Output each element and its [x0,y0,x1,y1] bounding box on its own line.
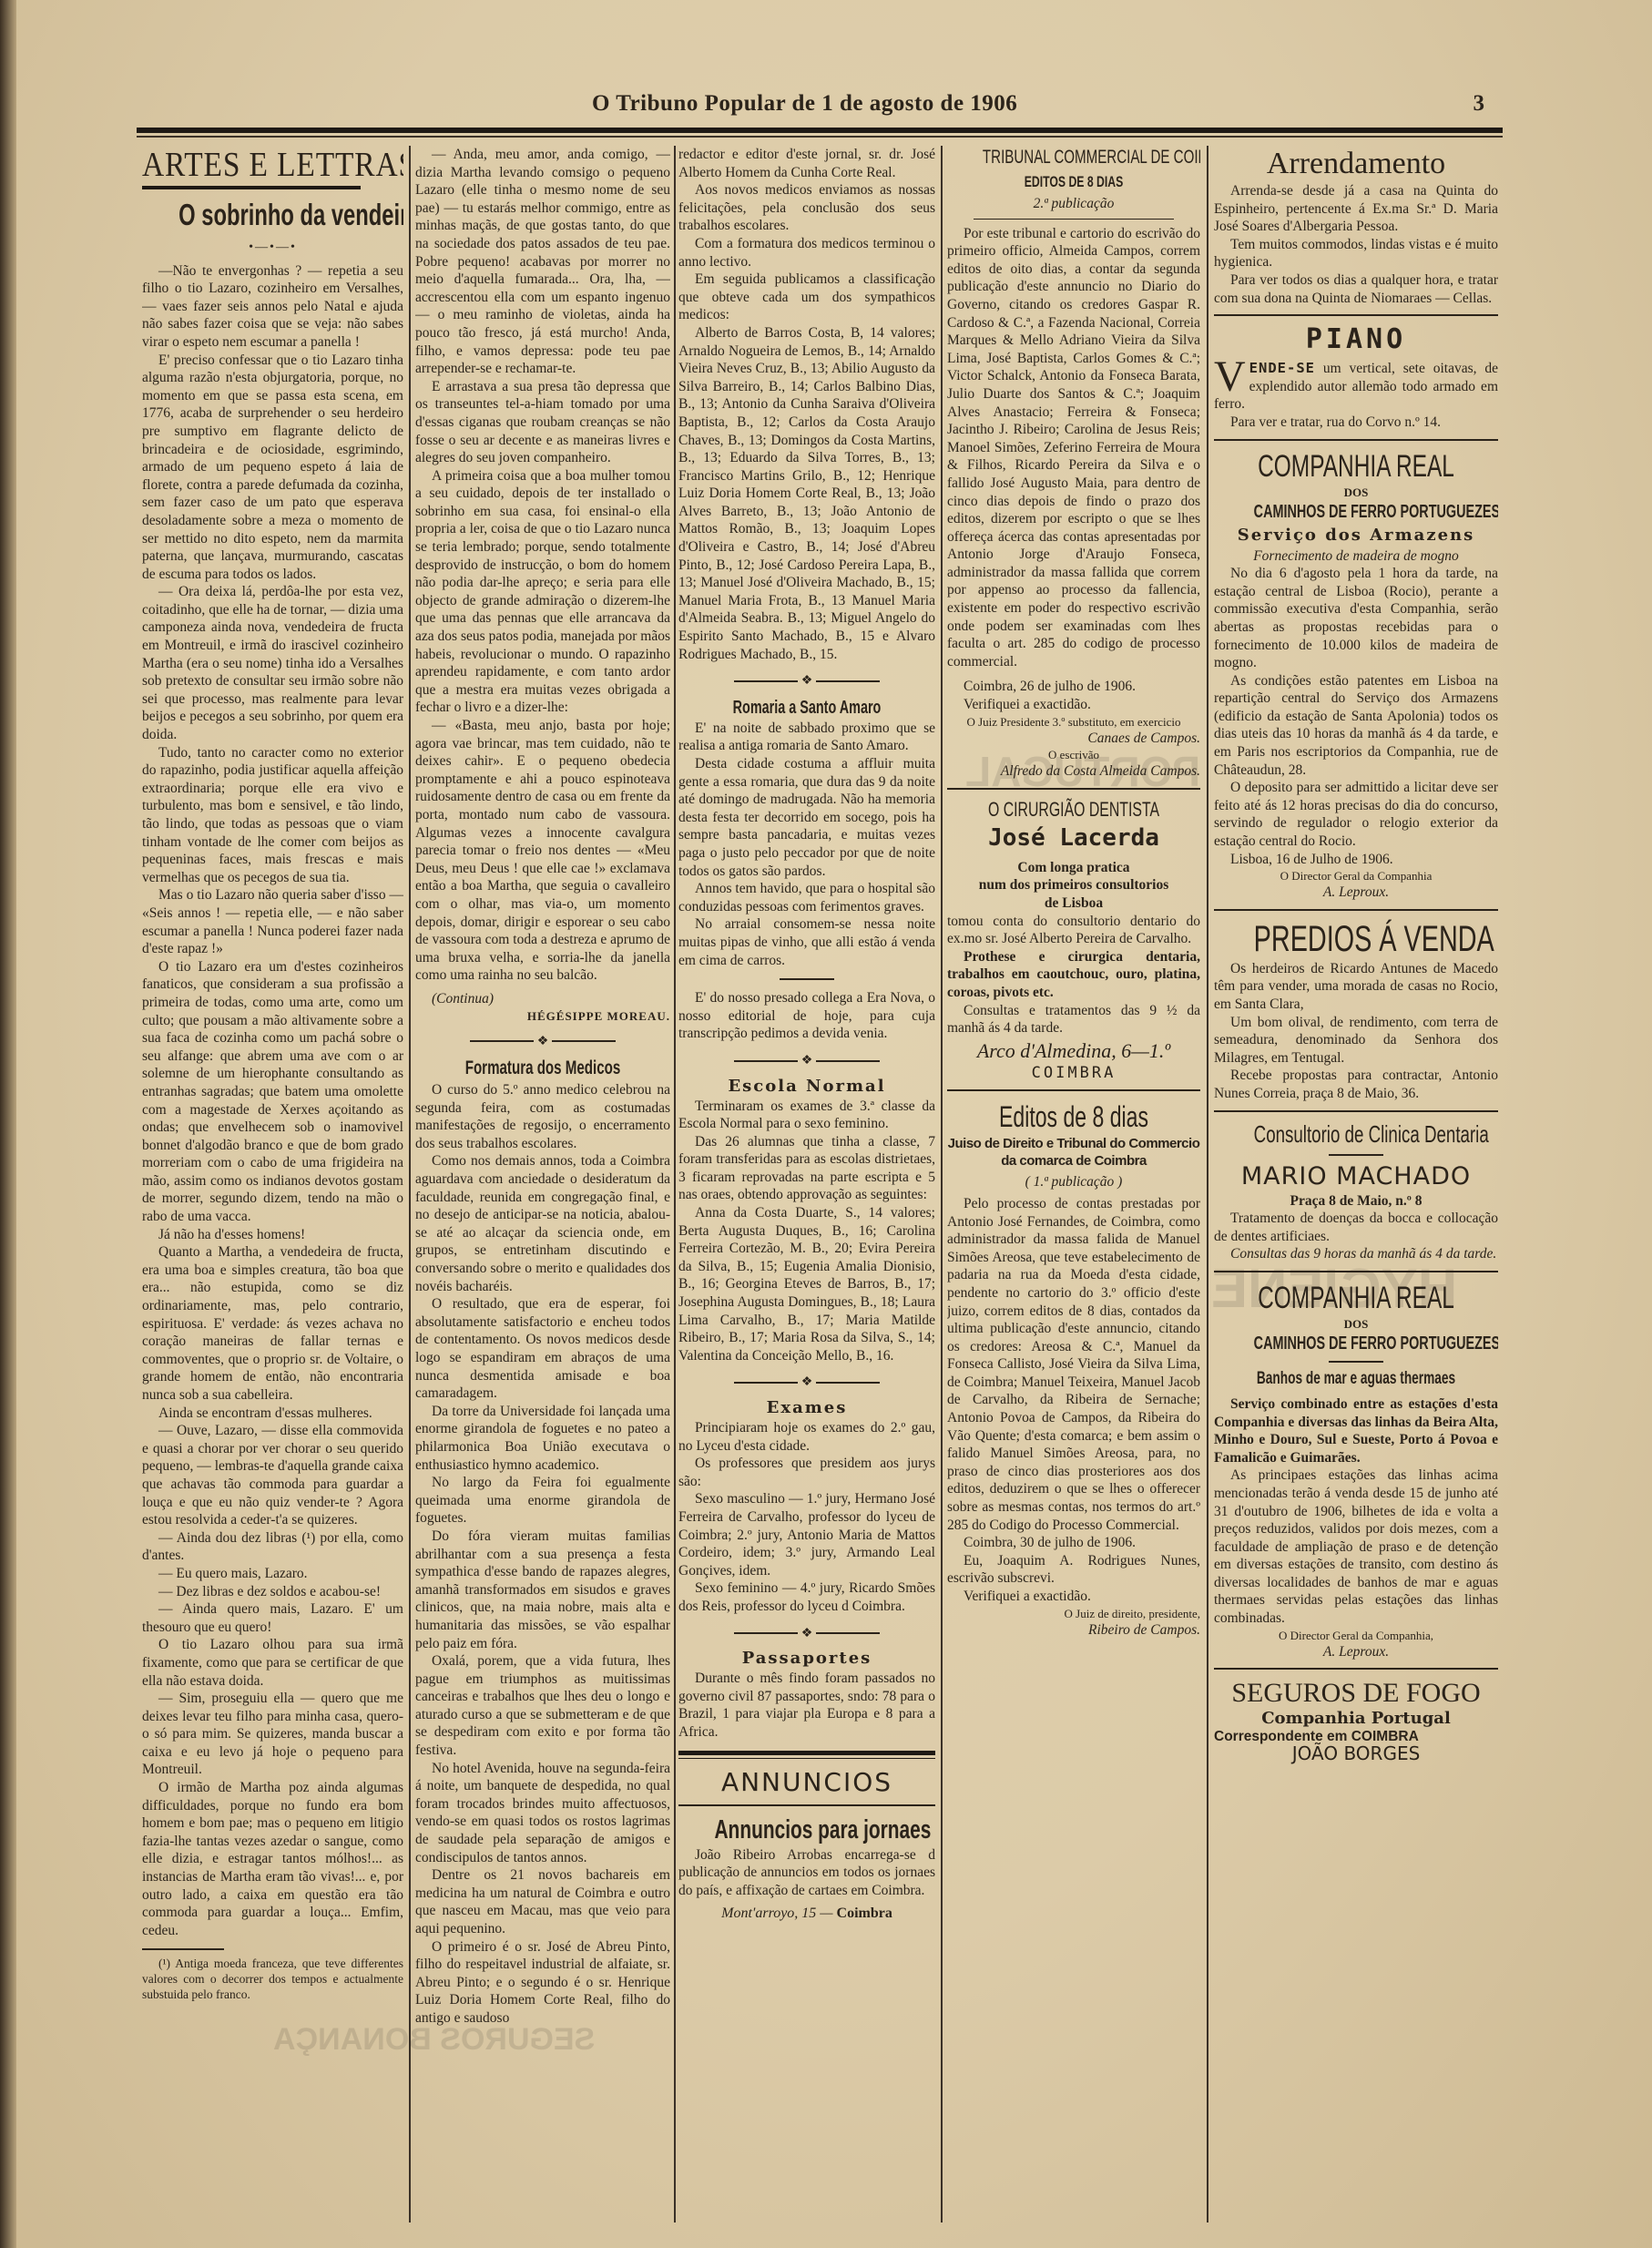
ad-paragraph: No dia 6 d'agosto pela 1 hora da tarde, … [1214,565,1498,672]
divider [947,1089,1200,1091]
divider [947,788,1200,790]
column-5: Arrendamento Arrenda-se desde já a casa … [1214,146,1498,2232]
ad-title-dentista: O CIRURGIÃO DENTISTA [983,797,1165,823]
divider [1214,1668,1498,1670]
clerk-title: O escrivão [947,747,1200,762]
story-paragraph: — Ouve, Lazaro, — disse ella commovida e… [142,1422,403,1529]
ad-address: Mont'arroyo, 15 — [721,1906,832,1921]
story-paragraph: O tio Lazaro olhou para sua irmã fixamen… [142,1636,403,1690]
grades-list: Anna da Costa Duarte, S., 14 valores; Be… [678,1204,935,1364]
footnote: (¹) Antiga moeda franceza, que teve diff… [142,1956,403,2002]
notice-clerk: Eu, Joaquim A. Rodrigues Nunes, escrivão… [947,1552,1200,1588]
ad-subtitle-caminhos: CAMINHOS DE FERRO PORTUGUEZES [1254,1332,1459,1355]
story-paragraph: — Anda, meu amor, anda comigo, — dizia M… [415,146,670,378]
divider [1214,314,1498,316]
ad-paragraph: Um bom olival, de rendimento, com terra … [1214,1014,1498,1068]
ad-paragraph: Prothese e cirurgica dentaria, trabalhos… [947,948,1200,1002]
ad-title-arrendamento: Arrendamento [1214,146,1498,182]
tribunal-heading: TRIBUNAL COMMERCIAL DE COIMBRA [983,146,1165,169]
judge-title: O Juiz Presidente 3.º substituto, em exe… [947,714,1200,730]
section-rule [142,186,361,189]
notice-paragraph: Por este tribunal e cartorio do escrivão… [947,225,1200,671]
ad-dos: DOS [1214,485,1498,500]
article-paragraph: Oxalá, porem, que a vida futura, lhes pa… [415,1652,670,1760]
divider [678,1804,935,1806]
ad-title-piano: PIANO [1214,323,1498,356]
ad-paragraph: Tratamento de doenças da bocca e colloca… [1214,1210,1498,1245]
story-paragraph: — Ora deixa lá, perdôa-lhe por esta vez,… [142,583,403,743]
ad-paragraph: Tem muitos commodos, lindas vistas e é m… [1214,236,1498,271]
story-paragraph: — Ainda quero mais, Lazaro. E' um thesou… [142,1600,403,1636]
grades-list: Alberto de Barros Costa, B, 14 valores; … [678,324,935,663]
column-2: — Anda, meu amor, anda comigo, — dizia M… [415,146,670,2232]
ad-title-annuncios: Annuncios para jornaes [714,1814,899,1846]
continua-note: (Continua) [415,990,670,1008]
article-paragraph: Em seguida publicamos a classificação qu… [678,271,935,324]
ad-service-banhos: Banhos de mar e aguas thermaes [1254,1368,1459,1390]
story-paragraph: — Sim, proseguiu ella — quero que me dei… [142,1690,403,1779]
story-paragraph: Ainda se encontram d'essas mulheres. [142,1405,403,1423]
ad-paragraph: tomou conta do consultorio dentario do e… [947,913,1200,948]
ornament-divider: ❖ [678,1625,935,1643]
divider [1214,1271,1498,1272]
ad-agent-name: JOÃO BORGES [1214,1745,1498,1763]
section-heading: ARTES E LETTRAS [142,146,372,184]
editos2-court: Juiso de Direito e Tribunal do Commercio… [947,1135,1200,1170]
article-paragraph: Com a formatura dos medicos terminou o a… [678,235,935,271]
ad-address: Praça 8 de Maio, n.º 8 [1214,1192,1498,1211]
judge-name: Canaes de Campos. [947,730,1200,748]
story-paragraph: O irmão de Martha poz ainda algumas diff… [142,1779,403,1939]
header-rule [137,128,1503,133]
article-paragraph: O primeiro é o sr. José de Abreu Pinto, … [415,1938,670,2028]
page-header: O Tribuno Popular de 1 de agosto de 1906… [137,91,1503,128]
ad-subtitle-caminhos: CAMINHOS DE FERRO PORTUGUEZES [1254,500,1459,524]
story-paragraph: — Dez libras e dez soldos e acabou-se! [142,1583,403,1601]
ornament-divider: ❖ [678,672,935,690]
ad-company: Companhia Portugal [1214,1710,1498,1728]
ad-paragraph: O deposito para ser admittido a licitar … [1214,779,1498,850]
page-number: 3 [1474,91,1485,117]
ad-paragraph: As condições estão patentes em Lisboa na… [1214,672,1498,780]
ad-title-consultorio: Consultorio de Clinica Dentaria [1254,1119,1459,1149]
article-paragraph: Dentre os 21 novos bachareis em medicina… [415,1866,670,1937]
ornament: •—•—• [142,239,403,257]
article-paragraph: Annos tem havido, que para o hospital sã… [678,880,935,915]
story-paragraph: E' preciso confessar que o tio Lazaro ti… [142,352,403,584]
ornament-divider: ❖ [678,1052,935,1070]
story-title: O sobrinho da vendeira de fructa [178,197,367,233]
article-paragraph: Terminaram os exames de 3.ª classe da Es… [678,1098,935,1133]
ad-signature: A. Leproux. [1214,884,1498,902]
ad-paragraph: As principaes estações das linhas acima … [1214,1466,1498,1627]
article-title-passaportes: Passaportes [678,1648,935,1670]
ad-title-companhia: COMPANHIA REAL [1254,1280,1459,1316]
story-paragraph: Já não ha d'esses homens! [142,1226,403,1244]
ad-paragraph: Consultas e tratamentos das 9 ½ da manhã… [947,1002,1200,1037]
story-paragraph: Tudo, tanto no caracter como no exterior… [142,744,403,887]
page-binding-edge [0,0,16,2248]
ad-dos: DOS [1214,1316,1498,1332]
article-paragraph: Sexo masculino — 1.º jury, Hermano José … [678,1490,935,1579]
notice-date: Coimbra, 26 de julho de 1906. [947,678,1200,696]
ad-paragraph: Para ver e tratar, rua do Corvo n.º 14. [1214,414,1498,432]
article-paragraph: Aos novos medicos enviamos as nossas fel… [678,181,935,235]
article-paragraph: No hotel Avenida, houve na segunda-feira… [415,1760,670,1867]
story-paragraph: Quanto a Martha, a vendedeira de fructa,… [142,1243,403,1404]
ad-paragraph: Arrenda-se desde já a casa na Quinta do … [1214,182,1498,236]
divider [1214,1110,1498,1112]
divider [1329,1154,1383,1156]
ad-name-machado: MARIO MACHADO [1214,1161,1498,1192]
notice-paragraph: Pelo processo de contas prestadas por An… [947,1195,1200,1534]
article-title-exames: Exames [678,1397,935,1419]
clerk-name: Alfredo da Costa Almeida Campos. [947,762,1200,781]
ad-paragraph: Serviço combinado entre as estações d'es… [1214,1395,1498,1466]
judge-title: O Juiz de direito, presidente, [947,1606,1200,1621]
editos2-title: Editos de 8 dias [983,1098,1165,1135]
article-paragraph: Durante o mês findo foram passados no go… [678,1670,935,1741]
column-3: redactor e editor d'este jornal, sr. dr.… [678,146,935,2232]
notice-date: Coimbra, 30 de julho de 1906. [947,1534,1200,1552]
story-paragraph: E arrastava a sua presa tão depressa que… [415,378,670,467]
ad-hours: Consultas das 9 horas da manhã ás 4 da t… [1214,1245,1498,1263]
article-paragraph: Os professores que presidem aos jurys sã… [678,1455,935,1490]
column-divider [409,146,411,2222]
ad-sub: num dos primeiros consultorios [947,876,1200,894]
ad-name-lacerda: José Lacerda [947,823,1200,853]
divider [1214,439,1498,441]
ad-title-seguros: SEGUROS DE FOGO [1214,1677,1498,1710]
article-paragraph: Da torre da Universidade foi lançada uma… [415,1403,670,1474]
story-paragraph: O tio Lazaro era um d'estes cozinheiros … [142,958,403,1226]
column-4: TRIBUNAL COMMERCIAL DE COIMBRA EDITOS DE… [947,146,1200,2232]
story-paragraph: —Não te envergonhas ? — repetia a seu fi… [142,262,403,352]
article-paragraph: No arraial consomem-se nessa noite muita… [678,915,935,969]
ornament-divider: ❖ [415,1033,670,1051]
article-title-escola: Escola Normal [678,1076,935,1098]
ad-paragraph: Recebe propostas para contractar, Antoni… [1214,1067,1498,1102]
ad-italic-sub: Fornecimento de madeira de mogno [1214,547,1498,566]
ad-paragraph: Os herdeiros de Ricardo Antunes de Maced… [1214,960,1498,1014]
article-paragraph: E' do nosso presado collega a Era Nova, … [678,989,935,1043]
ornament-divider: ❖ [678,1374,935,1392]
notice-verify: Verifiquei a exactidão. [947,696,1200,714]
newspaper-page: PORTUGAL HYGIENE SEGUROS BONANÇA O Tribu… [0,0,1652,2248]
column-divider [941,146,943,2222]
story-paragraph: A primeira coisa que a boa mulher tomou … [415,467,670,717]
story-paragraph: — Ainda dou dez libras (¹) por ella, com… [142,1529,403,1565]
story-paragraph: — «Basta, meu anjo, basta por hoje; agor… [415,717,670,985]
editos-heading: EDITOS DE 8 DIAS [983,169,1165,195]
article-paragraph: Principiaram hoje os exames do 2.º gau, … [678,1419,935,1455]
ad-paragraph: Para ver todos os dias a qualquer hora, … [1214,271,1498,307]
article-paragraph: Desta cidade costuma a affluir muita gen… [678,755,935,880]
article-paragraph: Do fóra vieram muitas familias abrilhant… [415,1528,670,1652]
article-paragraph: Das 26 alumnas que tinha a classe, 7 for… [678,1133,935,1204]
column-divider [674,146,676,2222]
ad-city: Coimbra [837,1906,892,1921]
article-paragraph: Como nos demais annos, toda a Coimbra ag… [415,1152,670,1295]
ad-sub: Com longa pratica [947,859,1200,877]
article-paragraph: E' na noite de sabbado proximo que se re… [678,720,935,755]
publication-note: ( 1.ª publicação ) [947,1173,1200,1191]
double-rule [678,1751,935,1759]
header-rule-thin [137,136,1503,138]
divider [1214,909,1498,911]
newspaper-title-date: O Tribuno Popular de 1 de agosto de 1906 [592,91,1017,117]
ad-director: O Director Geral da Companhia, [1214,1628,1498,1643]
ad-title-companhia: COMPANHIA REAL [1254,448,1459,485]
article-paragraph: O curso do 5.º anno medico celebrou na s… [415,1081,670,1152]
article-paragraph: Sexo feminino — 4.º jury, Ricardo Smões … [678,1579,935,1615]
divider [974,219,1174,220]
article-paragraph: No largo da Feira foi egualmente queimad… [415,1474,670,1528]
publication-note: 2.ª publicação [947,195,1200,213]
ad-lead: ENDE-SE [1249,360,1315,376]
annuncios-heading: ANNUNCIOS [678,1768,935,1797]
ad-sub: de Lisboa [947,894,1200,913]
column-1: ARTES E LETTRAS O sobrinho da vendeira d… [142,146,403,2232]
ad-director: O Director Geral da Companhia [1214,868,1498,884]
ad-title-predios: PREDIOS Á VENDA [1254,918,1459,960]
ad-date: Lisboa, 16 de Julho de 1906. [1214,851,1498,869]
ad-signature: A. Leproux. [1214,1643,1498,1661]
ad-address: Arco d'Almedina, 6—1.º [947,1037,1200,1065]
judge-name: Ribeiro de Campos. [947,1621,1200,1640]
column-divider [1207,146,1208,2222]
article-title-romaria: Romaria a Santo Amaro [714,696,899,720]
article-paragraph: O resultado, que era de esperar, foi abs… [415,1295,670,1403]
notice-verify: Verifiquei a exactidão. [947,1588,1200,1606]
ad-paragraph: João Ribeiro Arrobas encarrega-se d publ… [678,1846,935,1900]
story-paragraph: Mas o tio Lazaro não queria saber d'isso… [142,886,403,957]
story-author: HÉGÉSIPPE MOREAU. [415,1008,670,1024]
drop-cap: V [1214,360,1249,394]
article-title-formatura: Formatura dos Medicos [451,1056,635,1081]
article-paragraph: redactor e editor d'este jornal, sr. dr.… [678,146,935,181]
story-paragraph: — Eu quero mais, Lazaro. [142,1565,403,1583]
divider [1329,1361,1383,1363]
ad-city: COIMBRA [947,1065,1200,1083]
divider [780,978,834,980]
footnote-rule [142,1948,224,1950]
ad-service-armazens: Serviço dos Armazens [1214,524,1498,547]
